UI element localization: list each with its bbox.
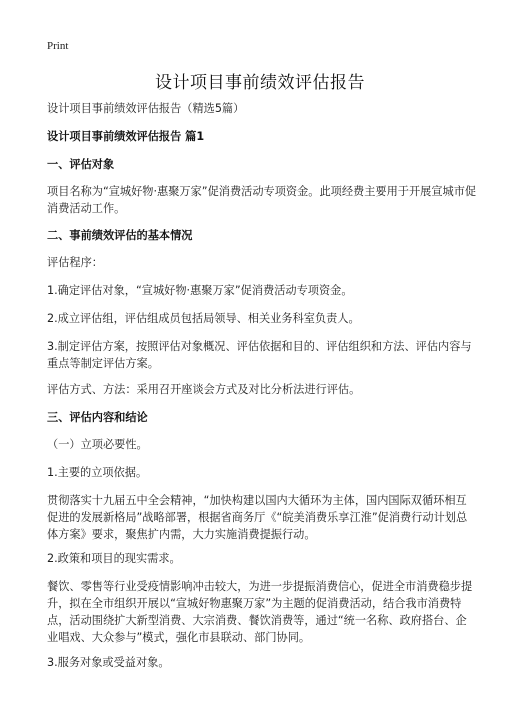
article-heading: 设计项目事前绩效评估报告 篇1 [47, 128, 477, 145]
paragraph-demand: 餐饮、零售等行业受疫情影响冲击较大，为进一步提振消费信心，促进全市消费稳步提升，… [47, 578, 477, 646]
paragraph-method: 评估方式、方法：采用召开座谈会方式及对比分析法进行评估。 [47, 381, 477, 398]
subtitle: 设计项目事前绩效评估报告（精选5篇） [47, 100, 477, 117]
page-title: 设计项目事前绩效评估报告 [0, 68, 520, 93]
paragraph-evaluation-object: 项目名称为“宣城好物·惠聚万家”促消费活动专项资金。此项经费主要用于开展宣城市促… [47, 183, 477, 217]
document-page: Print 设计项目事前绩效评估报告 设计项目事前绩效评估报告（精选5篇） 设计… [0, 0, 520, 718]
section-heading-3: 三、评估内容和结论 [47, 409, 477, 426]
print-link[interactable]: Print [47, 40, 68, 52]
paragraph-procedure-label: 评估程序： [47, 254, 477, 271]
section-heading-2: 二、事前绩效评估的基本情况 [47, 227, 477, 244]
paragraph-step-1: 1.确定评估对象，“宣城好物·惠聚万家”促消费活动专项资金。 [47, 282, 477, 299]
paragraph-step-3: 3.制定评估方案，按照评估对象概况、评估依据和目的、评估组织和方法、评估内容与重… [47, 338, 477, 372]
paragraph-basis-label: 1.主要的立项依据。 [47, 464, 477, 481]
paragraph-beneficiary-label: 3.服务对象或受益对象。 [47, 654, 477, 671]
paragraph-step-2: 2.成立评估组，评估组成员包括局领导、相关业务科室负责人。 [47, 310, 477, 327]
section-heading-1: 一、评估对象 [47, 156, 477, 173]
paragraph-basis: 贯彻落实十九届五中全会精神，“加快构建以国内大循环为主体，国内国际双循环相互促进… [47, 492, 477, 543]
paragraph-necessity: （一）立项必要性。 [47, 436, 477, 453]
paragraph-demand-label: 2.政策和项目的现实需求。 [47, 550, 477, 567]
